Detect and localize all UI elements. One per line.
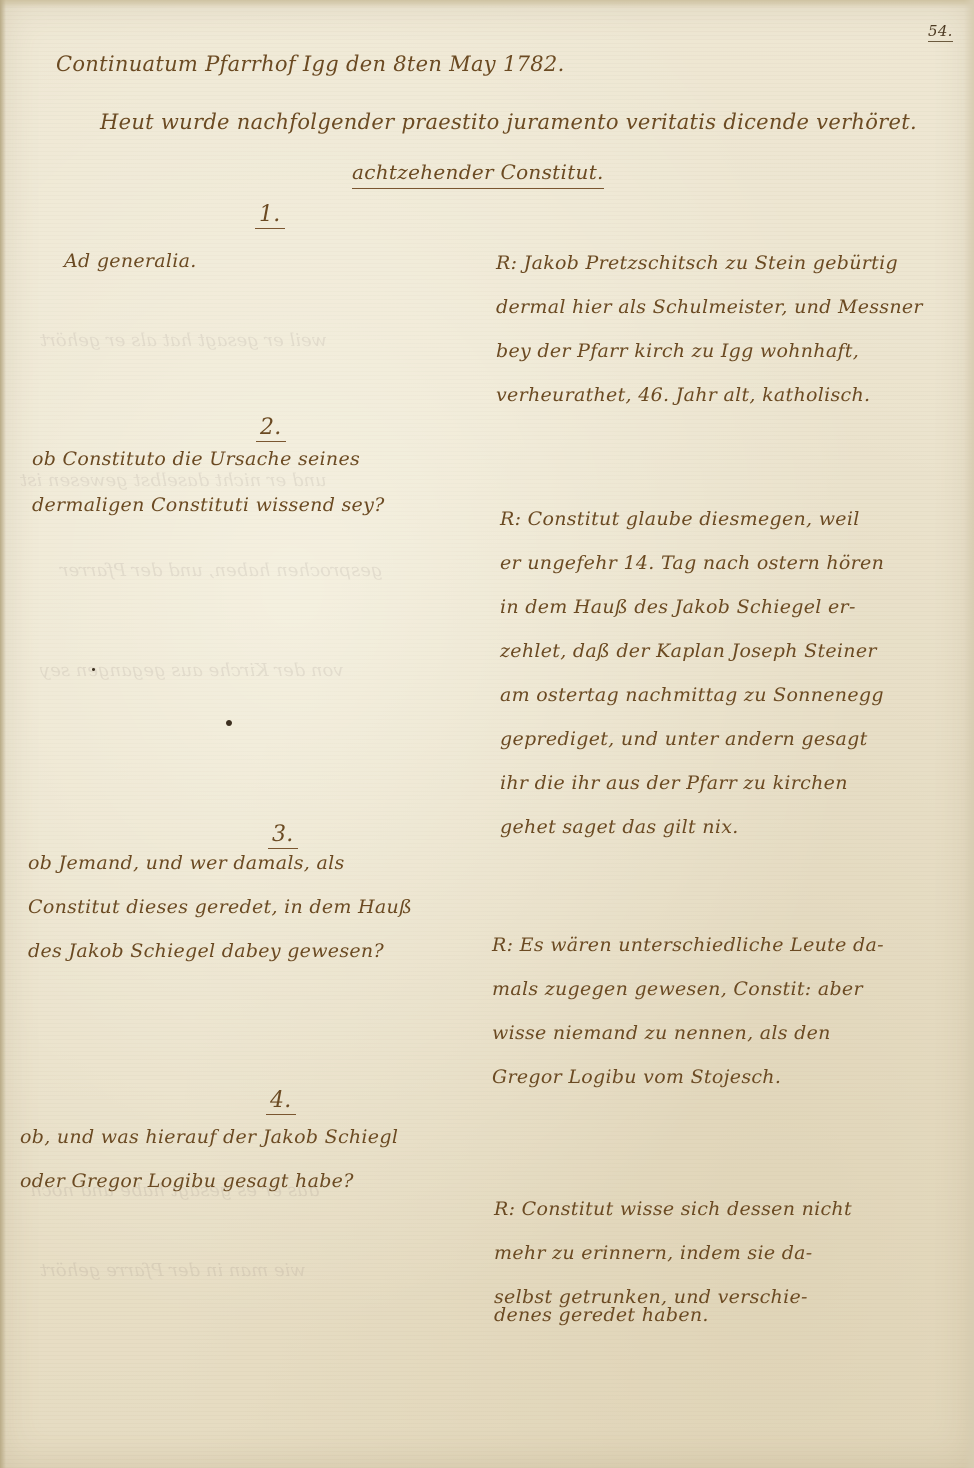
question-line: ob Jemand, und wer damals, als (28, 852, 345, 874)
page-edge-right (964, 0, 974, 1468)
bleed-through-text: wie man in der Pfarre gehört (40, 1260, 306, 1281)
question-line: Constitut dieses geredet, in dem Hauß (28, 896, 412, 918)
answer-line: zehlet, daß der Kaplan Joseph Steiner (500, 640, 877, 662)
answer-line: Gregor Logibu vom Stojesch. (492, 1066, 781, 1088)
item-number: 2. (256, 415, 286, 442)
header-date-line: Continuatum Pfarrhof Igg den 8ten May 17… (56, 52, 565, 76)
question-line: ob, und was hierauf der Jakob Schiegl (20, 1126, 398, 1148)
answer-line: er ungefehr 14. Tag nach ostern hören (500, 552, 884, 574)
answer-line: mals zugegen gewesen, Constit: aber (492, 978, 863, 1000)
bleed-through-text: gesprochen haben, und der Pfarrer (60, 560, 382, 581)
answer-line: mehr zu erinnern, indem sie da- (494, 1242, 813, 1264)
document-title: achtzehender Constitut. (352, 160, 604, 189)
answer-line: in dem Hauß des Jakob Schiegel er- (500, 596, 856, 618)
question-line: Ad generalia. (64, 250, 197, 272)
item-number: 4. (266, 1088, 296, 1115)
answer-line: R: Constitut glaube diesmegen, weil (500, 508, 860, 530)
bleed-through-text: weil er gesagt hat als er gehört (40, 330, 327, 351)
page-number: 54. (928, 22, 953, 42)
answer-line: geprediget, und unter andern gesagt (500, 728, 868, 750)
header-oath-line: Heut wurde nachfolgender praestito juram… (100, 110, 917, 134)
manuscript-page: weil er gesagt hat als er gehört und er … (0, 0, 974, 1468)
question-line: des Jakob Schiegel dabey gewesen? (28, 940, 384, 962)
question-line: dermaligen Constituti wissend sey? (32, 494, 385, 516)
answer-line: wisse niemand zu nennen, als den (492, 1022, 831, 1044)
answer-line: R: Jakob Pretzschitsch zu Stein gebürtig (496, 252, 898, 274)
answer-line: ihr die ihr aus der Pfarr zu kirchen (500, 772, 848, 794)
answer-line: R: Es wären unterschiedliche Leute da- (492, 934, 884, 956)
ink-spot (92, 668, 95, 671)
ink-spot (226, 720, 232, 726)
answer-line: verheurathet, 46. Jahr alt, katholisch. (496, 384, 870, 406)
answer-line: am ostertag nachmittag zu Sonnenegg (500, 684, 884, 706)
answer-line: gehet saget das gilt nix. (500, 816, 739, 838)
bleed-through-text: und er nicht daselbst gewesen ist (20, 470, 327, 491)
page-edge-top (0, 0, 974, 8)
item-number: 1. (255, 202, 285, 229)
item-number: 3. (268, 822, 298, 849)
answer-line: dermal hier als Schulmeister, und Messne… (496, 296, 923, 318)
bleed-through-text: von der Kirche aus gegangen sey (40, 660, 344, 681)
question-line: ob Constituto die Ursache seines (32, 448, 360, 470)
answer-line: bey der Pfarr kirch zu Igg wohnhaft, (496, 340, 859, 362)
answer-line: denes geredet haben. (494, 1304, 709, 1326)
answer-line: R: Constitut wisse sich dessen nicht (494, 1198, 852, 1220)
page-edge-left (0, 0, 6, 1468)
question-line: oder Gregor Logibu gesagt habe? (20, 1170, 354, 1192)
